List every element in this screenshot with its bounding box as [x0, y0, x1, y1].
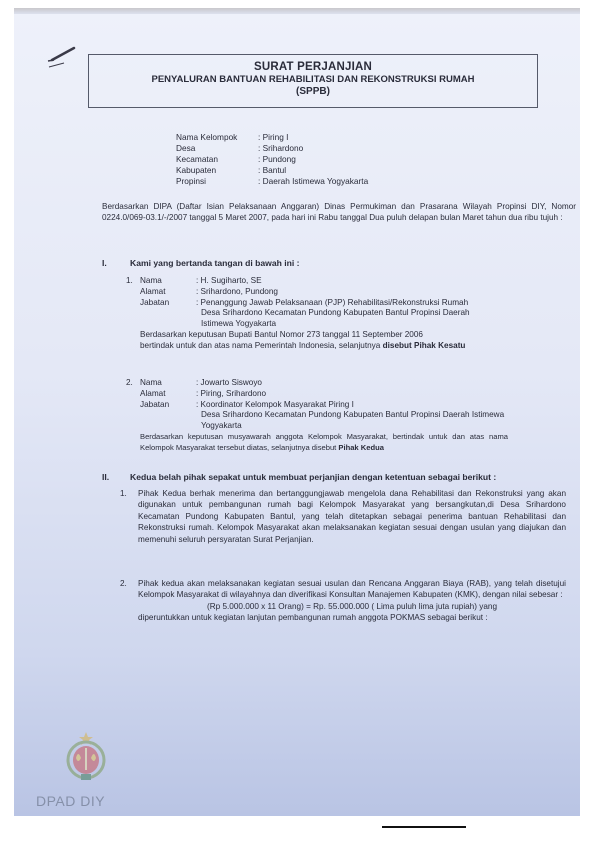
group-info: Nama Kelompok: Piring I Desa: Srihardono…	[176, 132, 368, 187]
watermark-label: DPAD DIY	[36, 793, 136, 809]
info-row: Desa: Srihardono	[176, 143, 368, 154]
document-title: SURAT PERJANJIAN	[89, 61, 537, 73]
diy-coat-of-arms-icon	[64, 730, 108, 784]
title-box: SURAT PERJANJIAN PENYALURAN BANTUAN REHA…	[88, 54, 538, 108]
document-code: (SPPB)	[89, 86, 537, 97]
party-1: 1.Nama: H. Sugiharto, SE Alamat: Srihard…	[126, 276, 496, 352]
section-2-heading: II. Kedua belah pihak sepakat untuk memb…	[102, 472, 496, 482]
intro-paragraph: Berdasarkan DIPA (Daftar Isian Pelaksana…	[102, 201, 576, 224]
clause-2: 2. Pihak kedua akan melaksanakan kegiata…	[120, 578, 566, 624]
info-row: Kabupaten: Bantul	[176, 165, 368, 176]
amount-line: (Rp 5.000.000 x 11 Orang) = Rp. 55.000.0…	[138, 601, 566, 612]
info-row: Propinsi: Daerah Istimewa Yogyakarta	[176, 176, 368, 187]
info-row: Kecamatan: Pundong	[176, 154, 368, 165]
paper-edge	[14, 8, 580, 14]
footer-line	[382, 826, 466, 828]
section-1-heading: I. Kami yang bertanda tangan di bawah in…	[102, 258, 300, 268]
clause-1: 1. Pihak Kedua berhak menerima dan berta…	[120, 488, 566, 545]
pen-mark-icon	[44, 44, 84, 70]
scanned-page: SURAT PERJANJIAN PENYALURAN BANTUAN REHA…	[14, 8, 580, 816]
document-subtitle: PENYALURAN BANTUAN REHABILITASI DAN REKO…	[89, 74, 537, 85]
info-row: Nama Kelompok: Piring I	[176, 132, 368, 143]
watermark: DPAD DIY	[36, 730, 136, 809]
party-2: 2.Nama: Jowarto Siswoyo Alamat: Piring, …	[126, 378, 508, 454]
